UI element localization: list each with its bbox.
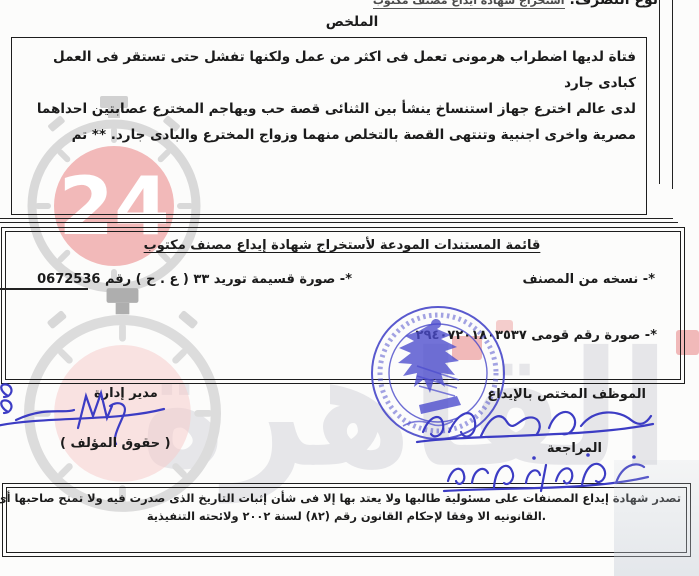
deposit-officer-signature (415, 398, 655, 450)
summary-line: مصرية واخرى اجنبية وتنتهى القصة بالتخلص … (22, 123, 636, 149)
transaction-type-label: نوع التصرف: (569, 0, 658, 8)
transaction-type-value: استخراج شهادة ايداع مصنف مكتوب (373, 0, 565, 9)
legal-line-2: .القانونيه الا وفقا لإحكام القانون رقم (… (12, 507, 681, 525)
document-item-receipt: *- صورة قسيمة توريد ٣٣ ( ع . ح ) رقم 067… (37, 272, 352, 287)
form-border-line (0, 222, 678, 223)
form-border-line (0, 218, 673, 220)
documents-box-inner-border (5, 231, 681, 380)
copyright-label: ( حقوق المؤلف ) (60, 436, 171, 451)
scanned-deposit-certificate-document: القاهرة 24 (0, 0, 699, 576)
form-border-line (672, 0, 674, 189)
summary-line: فتاة لديها اضطراب هرمونى تعمل فى اكثر من… (22, 45, 636, 97)
summary-box: فتاة لديها اضطراب هرمونى تعمل فى اكثر من… (11, 37, 647, 215)
summary-text: فتاة لديها اضطراب هرمونى تعمل فى اكثر من… (12, 38, 646, 156)
summary-title: الملخص (35, 14, 669, 30)
review-signature (438, 447, 653, 497)
summary-line: لدى عالم اخترع جهاز استنساخ ينشأ بين الث… (22, 97, 636, 123)
document-item-copy: *- نسخه من المصنف (522, 272, 655, 287)
transaction-type-row: نوع التصرف: استخراج شهادة ايداع مصنف مكت… (373, 0, 658, 8)
documents-title: قائمة المستندات المودعة لأستخراج شهادة إ… (1, 238, 683, 253)
receipt-underline (0, 288, 88, 290)
